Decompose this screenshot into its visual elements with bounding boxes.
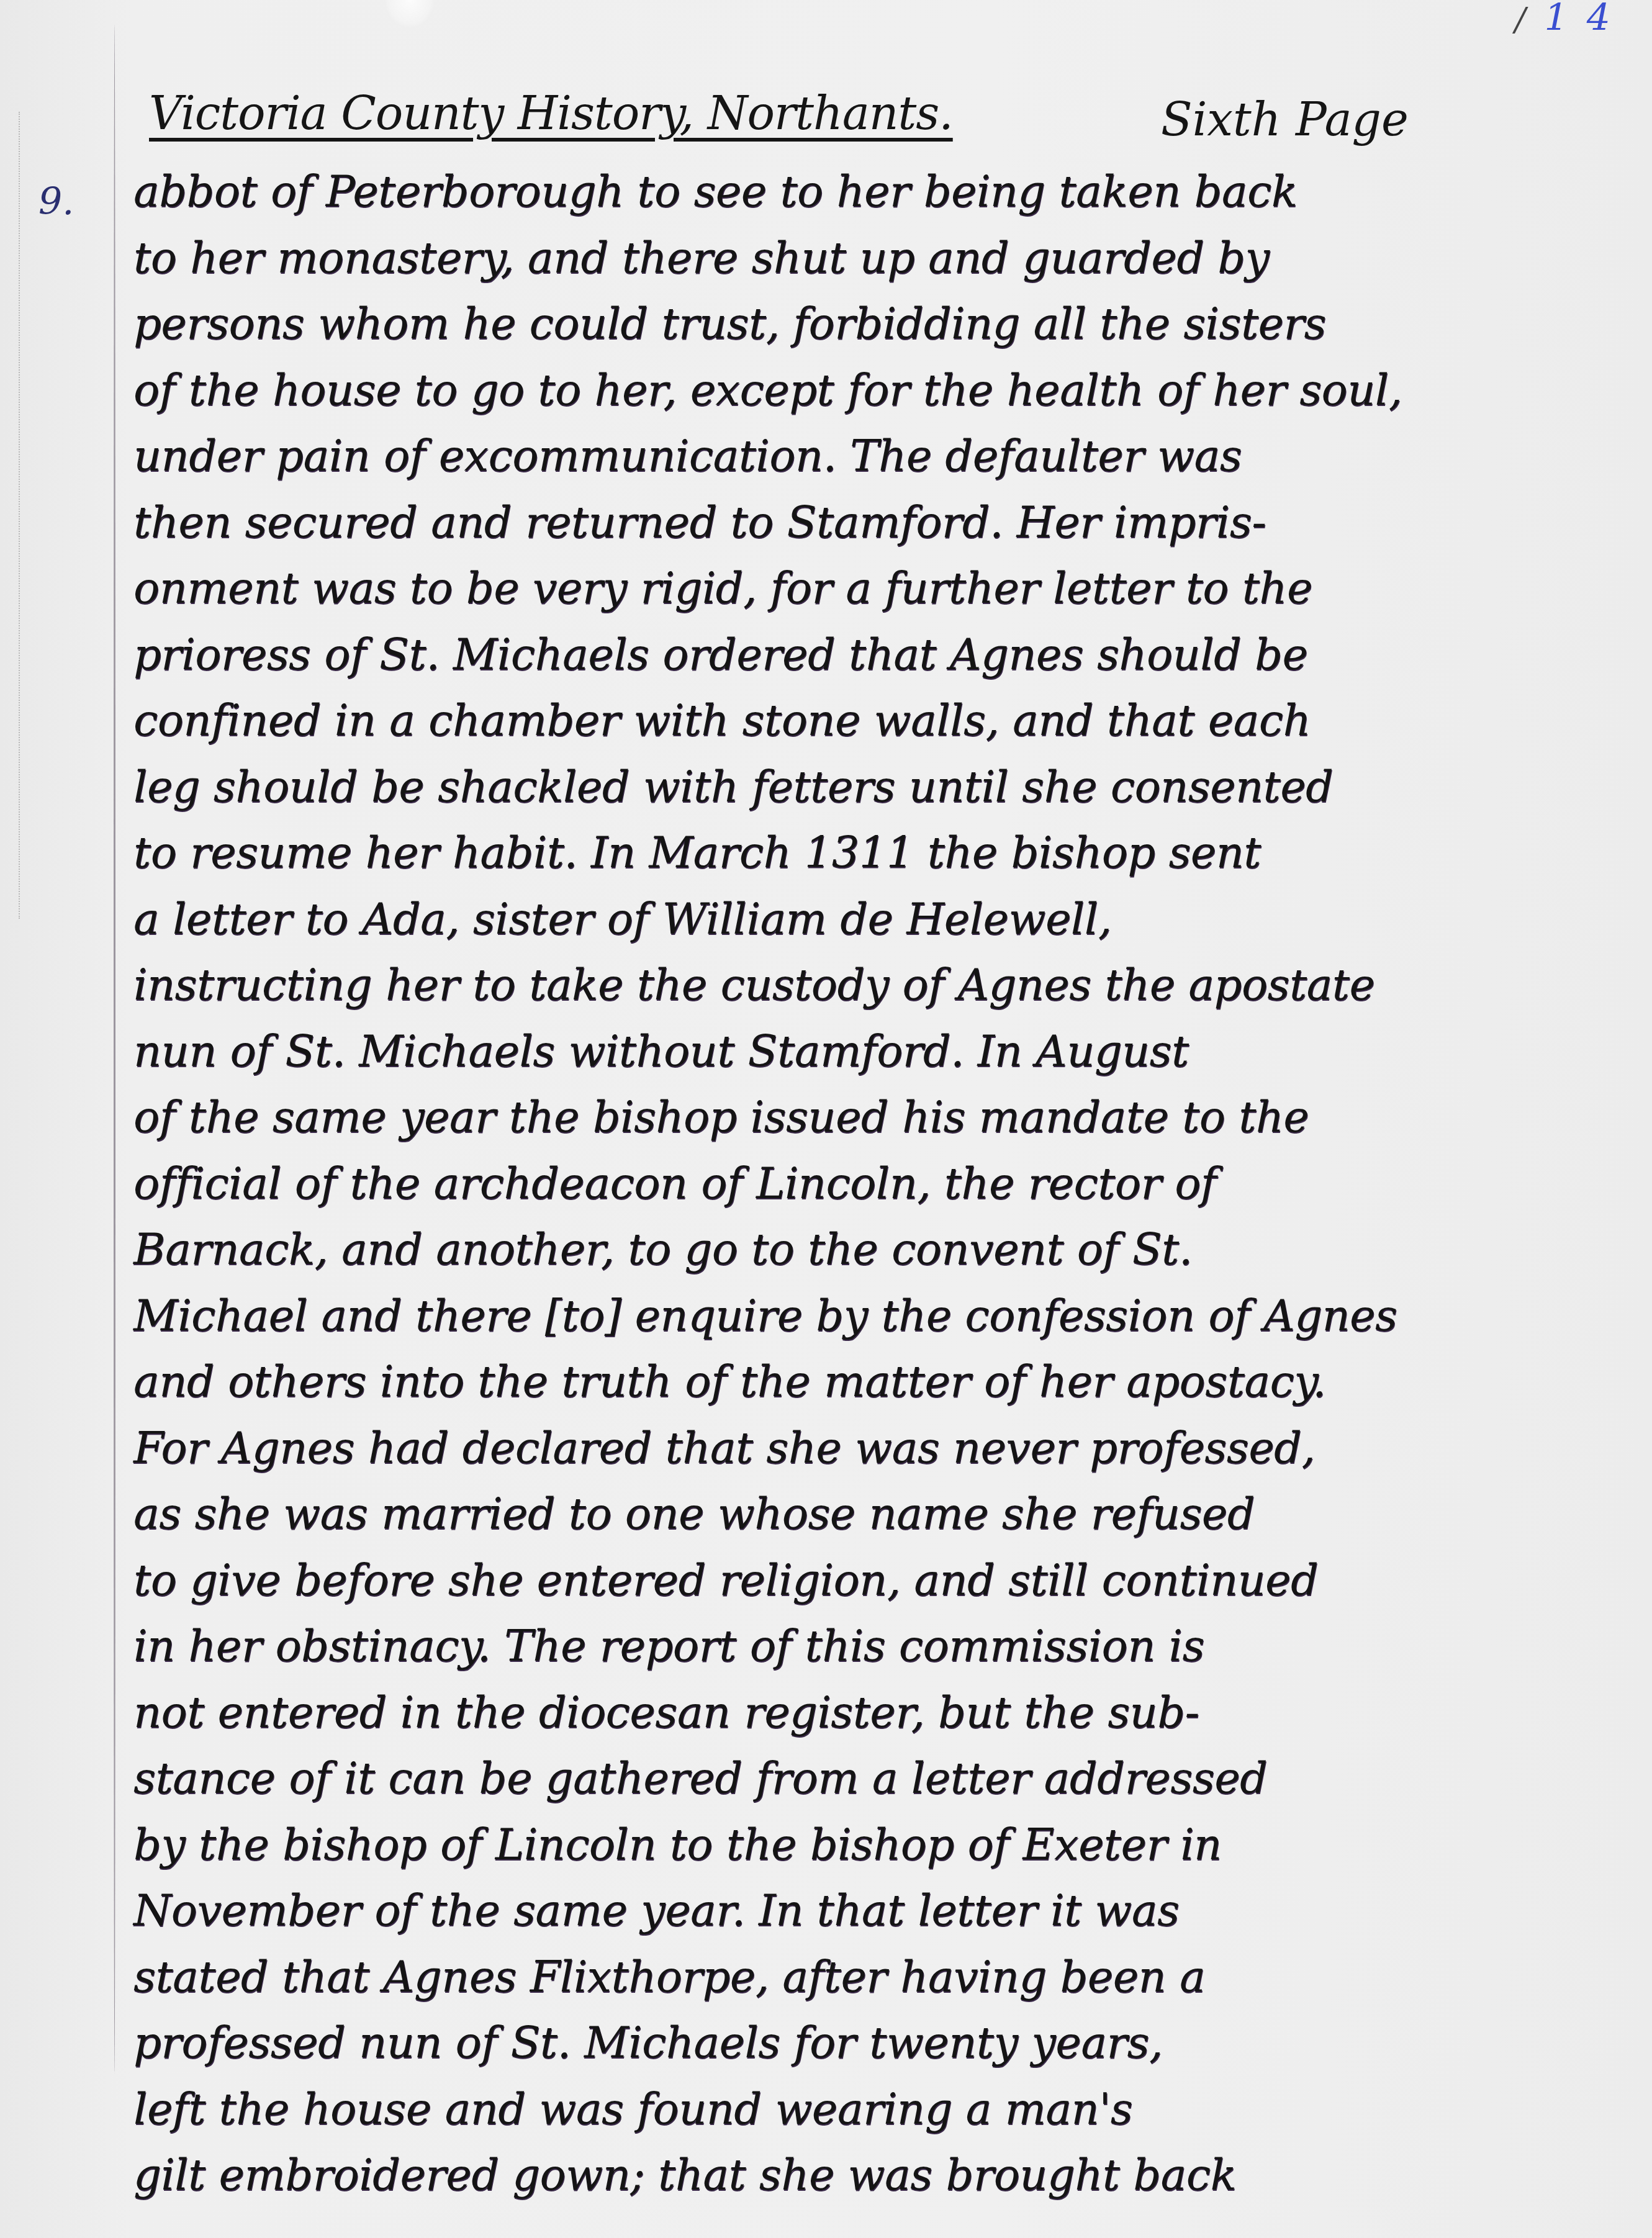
text-line: abbot of Peterborough to see to her bein… bbox=[133, 158, 1648, 225]
text-line: stated that Agnes Flixthorpe, after havi… bbox=[133, 1944, 1648, 2010]
text-line: by the bishop of Lincoln to the bishop o… bbox=[133, 1812, 1648, 1878]
page-edge-shadow bbox=[19, 112, 20, 919]
margin-rule bbox=[114, 25, 115, 2073]
pencil-mark: / bbox=[1515, 1, 1545, 38]
text-line: November of the same year. In that lette… bbox=[133, 1877, 1648, 1944]
folio-number: 9. bbox=[38, 180, 74, 223]
document-title: Victoria County History, Northants. bbox=[149, 87, 953, 140]
text-line: under pain of excommunication. The defau… bbox=[133, 423, 1648, 489]
text-line: then secured and returned to Stamford. H… bbox=[133, 489, 1648, 556]
text-line: onment was to be very rigid, for a furth… bbox=[133, 555, 1648, 621]
text-line: of the same year the bishop issued his m… bbox=[133, 1084, 1648, 1150]
manuscript-body: abbot of Peterborough to see to her bein… bbox=[133, 158, 1648, 2208]
text-line: instructing her to take the custody of A… bbox=[133, 952, 1648, 1018]
text-line: professed nun of St. Michaels for twenty… bbox=[133, 2010, 1648, 2076]
page-label: Sixth Page bbox=[1161, 93, 1409, 147]
text-line: to give before she entered religion, and… bbox=[133, 1547, 1648, 1613]
text-line: leg should be shackled with fetters unti… bbox=[133, 754, 1648, 820]
text-line: persons whom he could trust, forbidding … bbox=[133, 291, 1648, 357]
text-line: nun of St. Michaels without Stamford. In… bbox=[133, 1018, 1648, 1085]
text-line: a letter to Ada, sister of William de He… bbox=[133, 886, 1648, 952]
text-line: stance of it can be gathered from a lett… bbox=[133, 1745, 1648, 1812]
text-line: left the house and was found wearing a m… bbox=[133, 2076, 1648, 2142]
blue-ink-page-number: 14 bbox=[1545, 0, 1629, 40]
text-line: not entered in the diocesan register, bu… bbox=[133, 1679, 1648, 1746]
text-line: Michael and there [to] enquire by the co… bbox=[133, 1283, 1648, 1349]
manuscript-page: /14 Victoria County History, Northants. … bbox=[0, 0, 1652, 2238]
text-line: gilt embroidered gown; that she was brou… bbox=[133, 2142, 1648, 2208]
text-line: and others into the truth of the matter … bbox=[133, 1348, 1648, 1415]
text-line: For Agnes had declared that she was neve… bbox=[133, 1415, 1648, 1481]
text-line: to her monastery, and there shut up and … bbox=[133, 225, 1648, 291]
text-line: Barnack, and another, to go to the conve… bbox=[133, 1216, 1648, 1283]
text-line: in her obstinacy. The report of this com… bbox=[133, 1613, 1648, 1679]
text-line: to resume her habit. In March 1311 the b… bbox=[133, 819, 1648, 886]
page-header: Victoria County History, Northants. Sixt… bbox=[137, 87, 1614, 155]
text-line: confined in a chamber with stone walls, … bbox=[133, 687, 1648, 754]
corner-annotation: /14 bbox=[1515, 0, 1629, 40]
punch-hole bbox=[385, 0, 435, 28]
text-line: as she was married to one whose name she… bbox=[133, 1481, 1648, 1547]
text-line: of the house to go to her, except for th… bbox=[133, 357, 1648, 423]
text-line: prioress of St. Michaels ordered that Ag… bbox=[133, 621, 1648, 688]
text-line: official of the archdeacon of Lincoln, t… bbox=[133, 1150, 1648, 1217]
